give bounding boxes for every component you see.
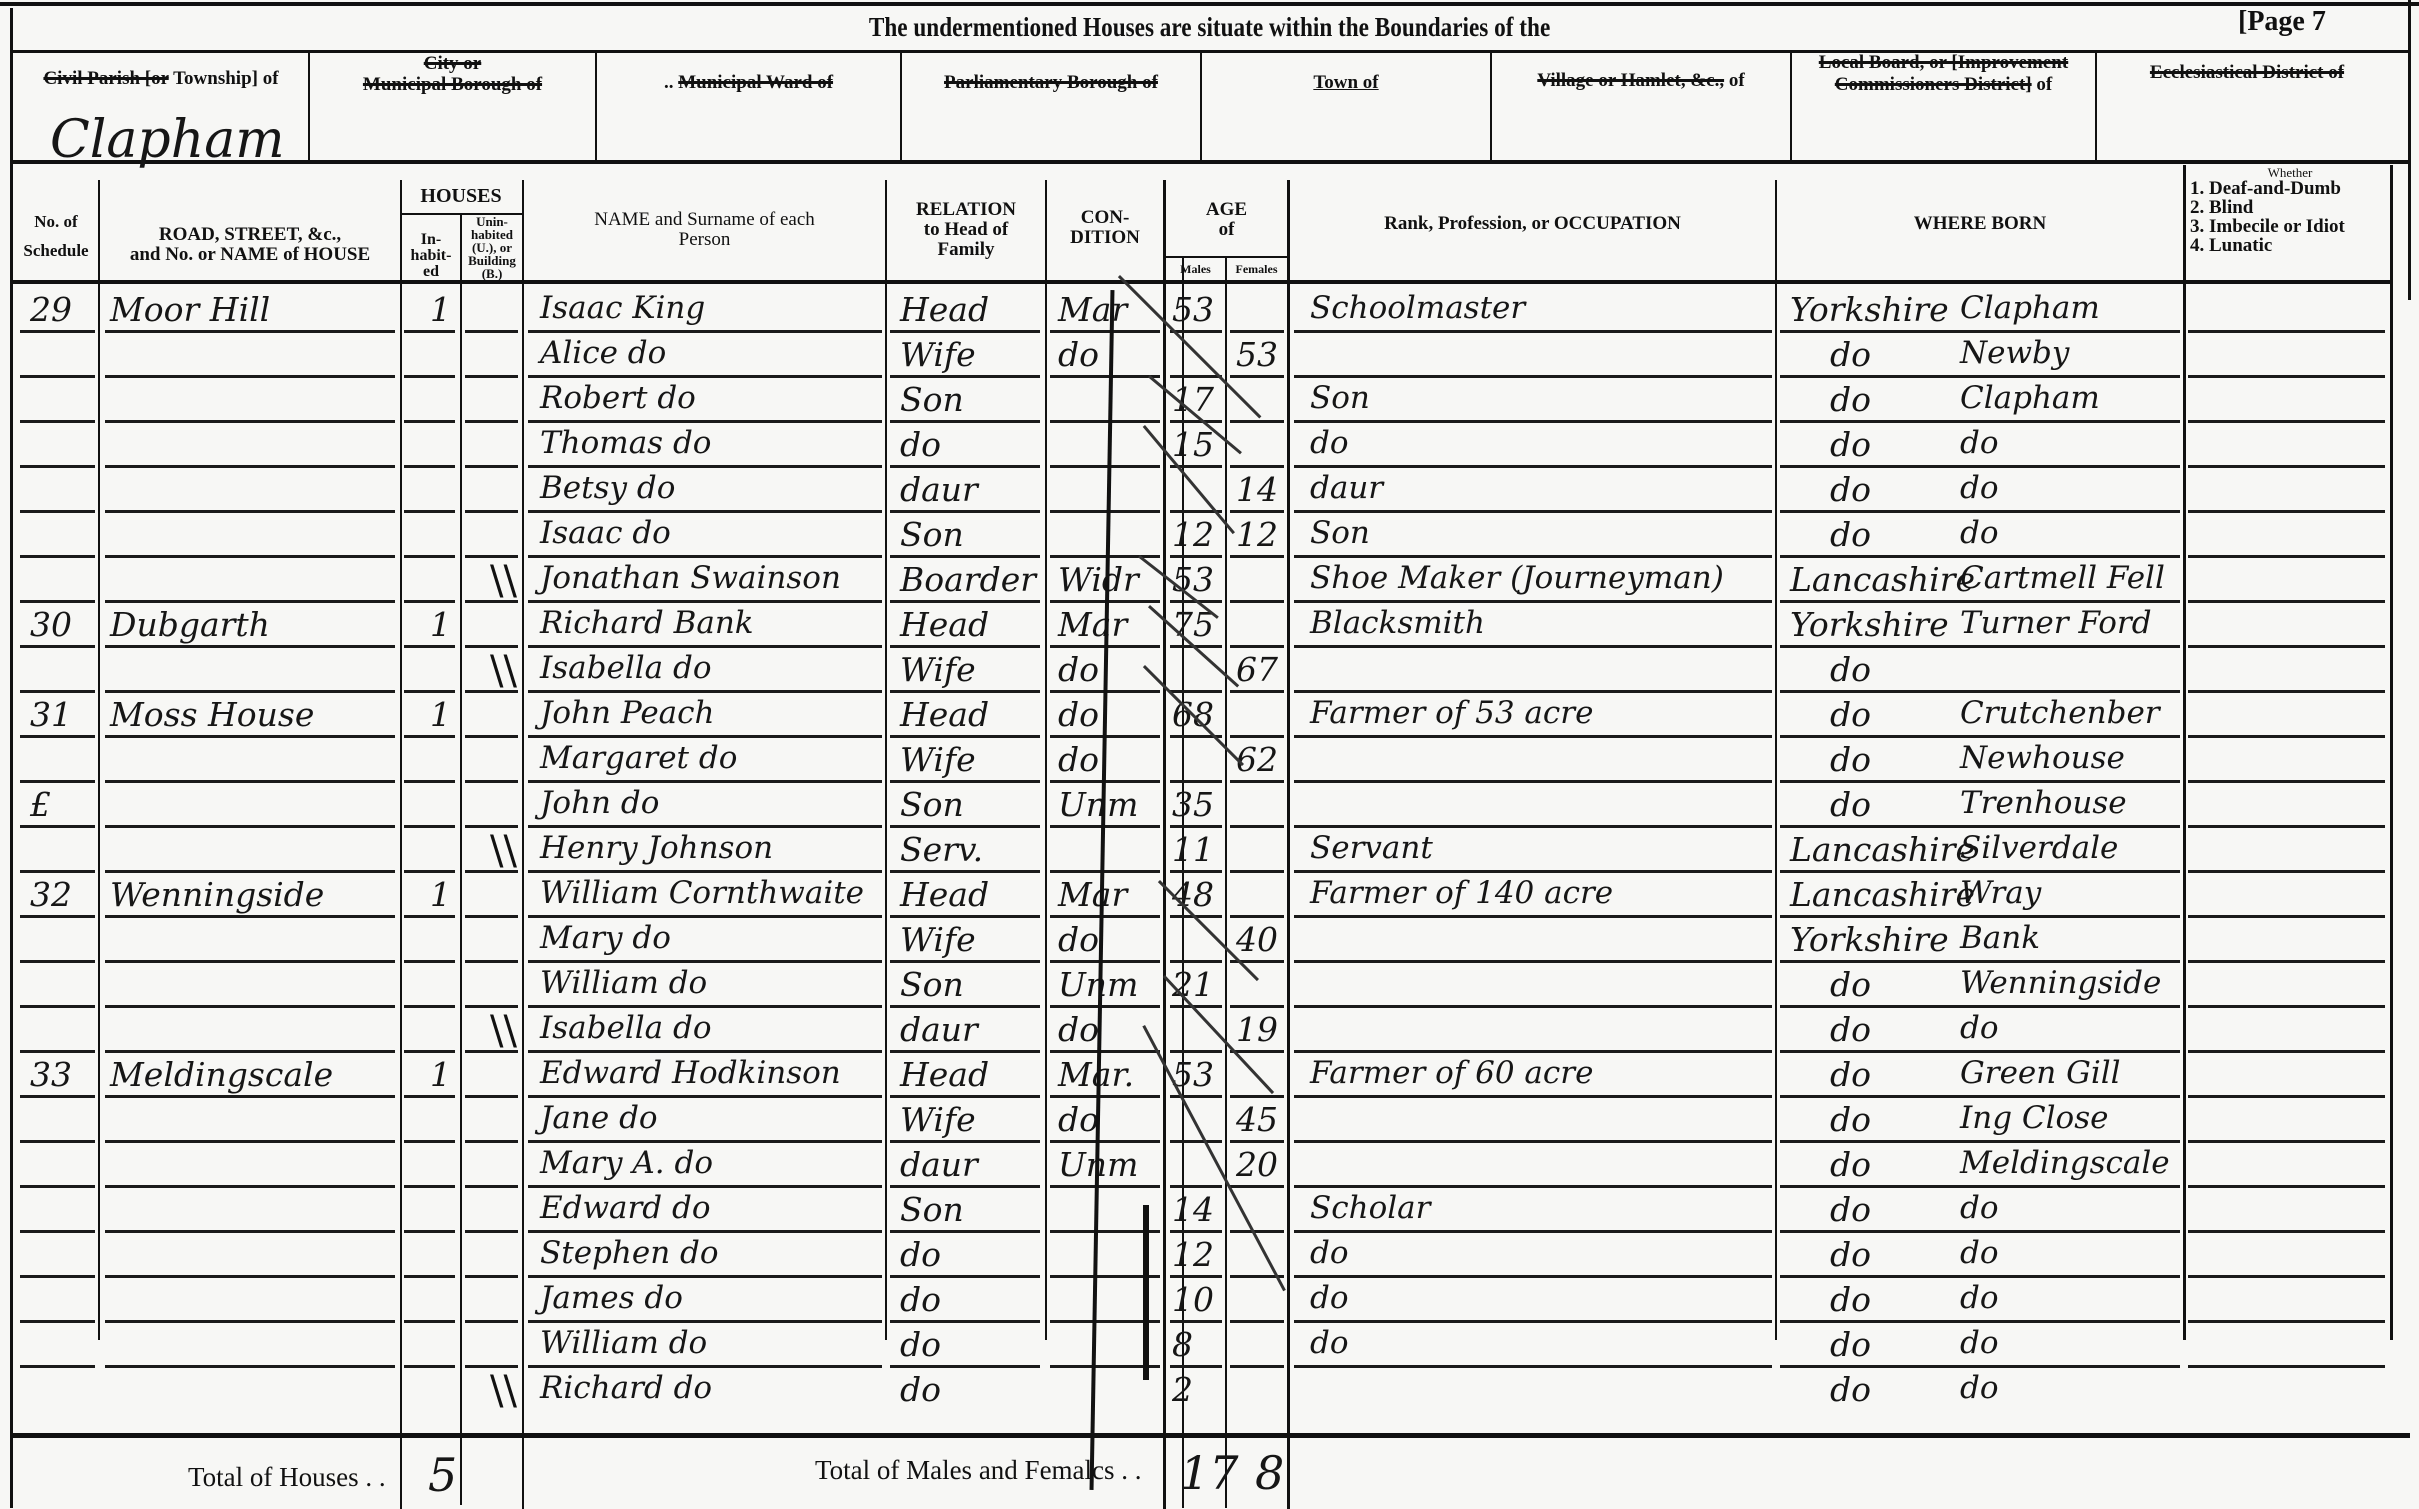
condition: Mar bbox=[1058, 875, 1127, 914]
page-headline: The undermentioned Houses are situate wi… bbox=[169, 12, 2249, 43]
boundary-local-board: Local Board, or [Improvement Commissione… bbox=[1792, 52, 2095, 80]
born-county: do bbox=[1830, 1235, 1871, 1274]
relation: Head bbox=[900, 875, 989, 914]
boundary-municipal-ward: .. Municipal Ward of bbox=[597, 72, 900, 100]
born-place: do bbox=[1960, 425, 1999, 461]
household-separator-mark: \\ bbox=[490, 1008, 517, 1054]
struck-label: Ecclesiastical District of bbox=[2150, 62, 2344, 83]
road-name: Moss House bbox=[110, 695, 314, 734]
relation: Son bbox=[900, 515, 964, 554]
male-age: 15 bbox=[1172, 425, 1214, 464]
table-row: Isabella doWifedo67do\\ bbox=[0, 648, 2419, 692]
header-text: Person bbox=[524, 230, 885, 250]
person-name: Alice do bbox=[540, 335, 666, 371]
person-name: John Peach bbox=[540, 695, 715, 731]
label: Township] of bbox=[173, 68, 278, 89]
header-schedule: No. of Schedule bbox=[14, 208, 98, 266]
person-name: William do bbox=[540, 1325, 707, 1361]
divider bbox=[10, 160, 2410, 164]
born-place: Turner Ford bbox=[1960, 605, 2152, 641]
table-row: 33Meldingscale1Edward HodkinsonHeadMar.5… bbox=[0, 1053, 2419, 1097]
occupation: do bbox=[1310, 1235, 1349, 1271]
road-name: Wenningside bbox=[110, 875, 324, 914]
occupation: Son bbox=[1310, 515, 1370, 551]
parish-value: Clapham bbox=[50, 110, 285, 170]
female-age: 20 bbox=[1236, 1145, 1278, 1184]
born-place: Crutchenber bbox=[1960, 695, 2160, 731]
condition: Widr bbox=[1058, 560, 1139, 599]
female-age: 19 bbox=[1236, 1010, 1278, 1049]
header-houses: HOUSES bbox=[400, 186, 522, 207]
label: Town of bbox=[1313, 72, 1378, 93]
household-separator-mark: \\ bbox=[490, 558, 517, 604]
table-row: William dodo8dododo bbox=[0, 1323, 2419, 1367]
relation: Wife bbox=[900, 650, 976, 689]
inhabited-count: 1 bbox=[430, 605, 451, 644]
person-name: Isaac King bbox=[540, 290, 705, 326]
table-row: £John doSonUnm35doTrenhouse bbox=[0, 783, 2419, 827]
born-county: do bbox=[1830, 740, 1871, 779]
inhabited-count: 1 bbox=[430, 290, 451, 329]
schedule-number: 30 bbox=[30, 605, 72, 644]
boundary-town: Town of bbox=[1202, 72, 1490, 100]
schedule-number: 33 bbox=[30, 1055, 72, 1094]
relation: Head bbox=[900, 695, 989, 734]
born-place: Meldingscale bbox=[1960, 1145, 2170, 1181]
born-place: Wenningside bbox=[1960, 965, 2161, 1001]
table-row: 29Moor Hill1Isaac KingHeadMar53Schoolmas… bbox=[0, 288, 2419, 332]
relation: daur bbox=[900, 1145, 978, 1184]
occupation: do bbox=[1310, 1325, 1349, 1361]
condition: Unm bbox=[1058, 785, 1138, 824]
household-separator-mark: \\ bbox=[490, 828, 517, 874]
inhabited-count: 1 bbox=[430, 875, 451, 914]
divider bbox=[595, 52, 597, 162]
born-county: Yorkshire bbox=[1790, 290, 1949, 329]
header-condition: CON- DITION bbox=[1047, 208, 1163, 248]
label: of bbox=[1729, 70, 1745, 91]
label: of bbox=[2036, 74, 2052, 95]
table-row: Margaret doWifedo62doNewhouse bbox=[0, 738, 2419, 782]
condition: do bbox=[1058, 1010, 1099, 1049]
female-age: 45 bbox=[1236, 1100, 1278, 1139]
tally-line bbox=[1143, 1205, 1149, 1380]
relation: do bbox=[900, 1325, 941, 1364]
relation: Son bbox=[900, 380, 964, 419]
table-row: Edward doSon14Scholardodo bbox=[0, 1188, 2419, 1232]
born-county: do bbox=[1830, 1325, 1871, 1364]
born-place: Clapham bbox=[1960, 290, 2100, 326]
relation: daur bbox=[900, 470, 978, 509]
condition: do bbox=[1058, 335, 1099, 374]
born-place: do bbox=[1960, 470, 1999, 506]
male-age: 12 bbox=[1172, 515, 1214, 554]
header-name: NAME and Surname of each Person bbox=[524, 210, 885, 250]
table-row: Jane doWifedo45doIng Close bbox=[0, 1098, 2419, 1142]
person-name: Jonathan Swainson bbox=[540, 560, 841, 596]
born-county: Yorkshire bbox=[1790, 920, 1949, 959]
census-page: The undermentioned Houses are situate wi… bbox=[0, 0, 2419, 1509]
female-age: 12 bbox=[1236, 515, 1278, 554]
person-name: James do bbox=[540, 1280, 683, 1316]
born-county: do bbox=[1830, 1190, 1871, 1229]
boundary-municipal-borough: City or Municipal Borough of bbox=[310, 54, 595, 82]
born-place: Silverdale bbox=[1960, 830, 2118, 866]
occupation: Son bbox=[1310, 380, 1370, 416]
divider bbox=[900, 52, 902, 162]
person-name: Isabella do bbox=[540, 1010, 712, 1046]
schedule-number: 32 bbox=[30, 875, 72, 914]
person-name: Henry Johnson bbox=[540, 830, 773, 866]
header-inhabited: In- habit- ed bbox=[402, 232, 460, 280]
struck-label: Civil Parish [or bbox=[43, 68, 168, 89]
schedule-number: £ bbox=[30, 785, 51, 824]
born-place: Newhouse bbox=[1960, 740, 2125, 776]
prefix: .. bbox=[664, 72, 674, 93]
person-name: William do bbox=[540, 965, 707, 1001]
born-county: do bbox=[1830, 425, 1871, 464]
relation: do bbox=[900, 425, 941, 464]
born-place: Newby bbox=[1960, 335, 2069, 371]
struck-label: Municipal Ward of bbox=[678, 72, 833, 93]
born-county: do bbox=[1830, 965, 1871, 1004]
born-county: do bbox=[1830, 1100, 1871, 1139]
table-row: Jonathan SwainsonBoarderWidr53Shoe Maker… bbox=[0, 558, 2419, 602]
table-row: Richard dodo2dodo\\ bbox=[0, 1368, 2419, 1412]
relation: Wife bbox=[900, 335, 976, 374]
occupation: do bbox=[1310, 425, 1349, 461]
male-age: 11 bbox=[1172, 830, 1214, 869]
header-text: RELATION bbox=[887, 200, 1045, 220]
occupation: Blacksmith bbox=[1310, 605, 1485, 641]
boundary-village: Village or Hamlet, &c., of bbox=[1492, 70, 1790, 98]
person-name: Stephen do bbox=[540, 1235, 719, 1271]
top-border bbox=[0, 2, 2419, 6]
schedule-number: 29 bbox=[30, 290, 72, 329]
born-place: do bbox=[1960, 1010, 1999, 1046]
born-county: do bbox=[1830, 1010, 1871, 1049]
header-age: AGE of bbox=[1166, 200, 1287, 240]
person-name: Edward do bbox=[540, 1190, 711, 1226]
header-text: NAME and Surname of each bbox=[524, 210, 885, 230]
table-row: Alice doWifedo53doNewby bbox=[0, 333, 2419, 377]
person-name: Thomas do bbox=[540, 425, 711, 461]
person-name: Isabella do bbox=[540, 650, 712, 686]
relation: Son bbox=[900, 785, 964, 824]
table-row: William doSonUnm21doWenningside bbox=[0, 963, 2419, 1007]
male-age: 21 bbox=[1172, 965, 1214, 1004]
table-row: Mary doWifedo40YorkshireBank bbox=[0, 918, 2419, 962]
header-text: AGE bbox=[1166, 200, 1287, 220]
header-text: of bbox=[1166, 220, 1287, 240]
household-separator-mark: \\ bbox=[490, 1368, 517, 1414]
born-county: do bbox=[1830, 380, 1871, 419]
condition: do bbox=[1058, 740, 1099, 779]
born-county: Lancashire bbox=[1790, 875, 1975, 914]
person-name: Mary A. do bbox=[540, 1145, 713, 1181]
female-age: 62 bbox=[1236, 740, 1278, 779]
person-name: William Cornthwaite bbox=[540, 875, 864, 911]
header-text: CON- bbox=[1047, 208, 1163, 228]
relation: Serv. bbox=[900, 830, 983, 869]
struck-label: Municipal Borough of bbox=[310, 75, 595, 96]
born-county: do bbox=[1830, 1055, 1871, 1094]
header-text: DITION bbox=[1047, 228, 1163, 248]
boundary-civil-parish: Civil Parish [or Township] of bbox=[14, 68, 308, 96]
male-age: 53 bbox=[1172, 560, 1214, 599]
inhabited-count: 1 bbox=[430, 1055, 451, 1094]
person-name: Richard do bbox=[540, 1370, 712, 1406]
struck-label: Commissioners District] bbox=[1835, 74, 2032, 95]
header-text: 2. Blind bbox=[2190, 198, 2390, 217]
born-county: do bbox=[1830, 1280, 1871, 1319]
road-name: Dubgarth bbox=[110, 605, 270, 644]
person-name: Isaac do bbox=[540, 515, 671, 551]
relation: Head bbox=[900, 605, 989, 644]
relation: Son bbox=[900, 965, 964, 1004]
born-place: do bbox=[1960, 1325, 1999, 1361]
born-place: do bbox=[1960, 1190, 1999, 1226]
header-text: 1. Deaf-and-Dumb bbox=[2190, 179, 2390, 198]
relation: do bbox=[900, 1235, 941, 1274]
born-place: Bank bbox=[1960, 920, 2040, 956]
table-row: Henry JohnsonServ.11ServantLancashireSil… bbox=[0, 828, 2419, 872]
born-county: do bbox=[1830, 650, 1871, 689]
born-county: Yorkshire bbox=[1790, 605, 1949, 644]
male-age: 2 bbox=[1172, 1370, 1193, 1409]
header-text: (B.) bbox=[462, 267, 522, 280]
road-name: Meldingscale bbox=[110, 1055, 333, 1094]
header-text: ed bbox=[402, 264, 460, 280]
header-text: Schedule bbox=[14, 237, 98, 266]
relation: Wife bbox=[900, 920, 976, 959]
page-number: [Page 7 bbox=[2238, 6, 2326, 38]
relation: do bbox=[900, 1280, 941, 1319]
person-name: Edward Hodkinson bbox=[540, 1055, 841, 1091]
divider bbox=[10, 280, 2390, 284]
born-county: Lancashire bbox=[1790, 560, 1975, 599]
total-houses-value: 5 bbox=[428, 1448, 457, 1502]
relation: Head bbox=[900, 1055, 989, 1094]
header-uninhabited: Unin- habited (U.), or Building (B.) bbox=[462, 215, 522, 280]
condition: do bbox=[1058, 1100, 1099, 1139]
header-females: Females bbox=[1226, 263, 1287, 275]
person-name: Betsy do bbox=[540, 470, 675, 506]
male-age: 8 bbox=[1172, 1325, 1193, 1364]
male-age: 14 bbox=[1172, 1190, 1214, 1229]
header-infirmity: Whether 1. Deaf-and-Dumb 2. Blind 3. Imb… bbox=[2190, 166, 2390, 255]
header-where-born: WHERE BORN bbox=[1777, 214, 2183, 234]
occupation: do bbox=[1310, 1280, 1349, 1316]
struck-label: City or bbox=[310, 54, 595, 75]
relation: Son bbox=[900, 1190, 964, 1229]
divider bbox=[1166, 256, 1287, 258]
total-females-value: 8 bbox=[1255, 1446, 1284, 1500]
born-place: do bbox=[1960, 1370, 1999, 1406]
divider bbox=[1200, 52, 1202, 162]
born-county: do bbox=[1830, 1145, 1871, 1184]
born-county: Lancashire bbox=[1790, 830, 1975, 869]
condition: Mar bbox=[1058, 290, 1127, 329]
female-age: 40 bbox=[1236, 920, 1278, 959]
relation: Boarder bbox=[900, 560, 1036, 599]
born-place: Ing Close bbox=[1960, 1100, 2108, 1136]
female-age: 14 bbox=[1236, 470, 1278, 509]
header-text: ROAD, STREET, &c., bbox=[100, 225, 400, 245]
relation: Head bbox=[900, 290, 989, 329]
relation: Wife bbox=[900, 1100, 976, 1139]
person-name: John do bbox=[540, 785, 659, 821]
born-place: Trenhouse bbox=[1960, 785, 2127, 821]
occupation: daur bbox=[1310, 470, 1383, 506]
born-place: Green Gill bbox=[1960, 1055, 2121, 1091]
header-occupation: Rank, Profession, or OCCUPATION bbox=[1290, 214, 1775, 234]
struck-label: Parliamentary Borough of bbox=[944, 72, 1158, 93]
born-place: do bbox=[1960, 1235, 1999, 1271]
table-row: James dodo10dododo bbox=[0, 1278, 2419, 1322]
occupation: Farmer of 60 acre bbox=[1310, 1055, 1593, 1091]
divider bbox=[10, 1433, 2410, 1438]
occupation: Farmer of 53 acre bbox=[1310, 695, 1593, 731]
condition: do bbox=[1058, 650, 1099, 689]
table-row: Isaac doSon1212Sondodo bbox=[0, 513, 2419, 557]
total-houses-label: Total of Houses . . bbox=[188, 1462, 386, 1493]
occupation: Scholar bbox=[1310, 1190, 1430, 1226]
born-county: do bbox=[1830, 470, 1871, 509]
table-row: Robert doSon17SondoClapham bbox=[0, 378, 2419, 422]
household-separator-mark: \\ bbox=[490, 648, 517, 694]
condition: Mar bbox=[1058, 605, 1127, 644]
person-name: Mary do bbox=[540, 920, 671, 956]
person-name: Margaret do bbox=[540, 740, 737, 776]
occupation: Farmer of 140 acre bbox=[1310, 875, 1613, 911]
born-place: Clapham bbox=[1960, 380, 2100, 416]
divider bbox=[1490, 52, 1492, 162]
struck-label: Local Board, or [Improvement bbox=[1792, 52, 2095, 74]
header-text: habit- bbox=[402, 248, 460, 264]
condition: do bbox=[1058, 695, 1099, 734]
header-text: 4. Lunatic bbox=[2190, 236, 2390, 255]
born-county: do bbox=[1830, 1370, 1871, 1409]
schedule-number: 31 bbox=[30, 695, 72, 734]
male-age: 35 bbox=[1172, 785, 1214, 824]
header-relation: RELATION to Head of Family bbox=[887, 200, 1045, 260]
boundary-parliamentary-borough: Parliamentary Borough of bbox=[902, 72, 1200, 100]
header-text: and No. or NAME of HOUSE bbox=[100, 245, 400, 265]
person-name: Robert do bbox=[540, 380, 696, 416]
table-row: 32Wenningside1William CornthwaiteHeadMar… bbox=[0, 873, 2419, 917]
struck-label: Village or Hamlet, &c., bbox=[1537, 70, 1724, 91]
born-place: Cartmell Fell bbox=[1960, 560, 2165, 596]
born-county: do bbox=[1830, 785, 1871, 824]
male-age: 53 bbox=[1172, 290, 1214, 329]
condition: do bbox=[1058, 920, 1099, 959]
born-county: do bbox=[1830, 515, 1871, 554]
table-row: Isabella dodaurdo19dodo\\ bbox=[0, 1008, 2419, 1052]
right-border bbox=[2408, 0, 2411, 300]
boundary-ecclesiastical: Ecclesiastical District of bbox=[2097, 62, 2397, 90]
person-name: Jane do bbox=[540, 1100, 658, 1136]
occupation: Shoe Maker (Journeyman) bbox=[1310, 560, 1724, 596]
born-county: do bbox=[1830, 335, 1871, 374]
born-place: do bbox=[1960, 515, 1999, 551]
male-age: 12 bbox=[1172, 1235, 1214, 1274]
total-males-value: 17 bbox=[1180, 1446, 1239, 1500]
header-text: 3. Imbecile or Idiot bbox=[2190, 217, 2390, 236]
male-age: 10 bbox=[1172, 1280, 1214, 1319]
road-name: Moor Hill bbox=[110, 290, 270, 329]
male-age: 48 bbox=[1172, 875, 1214, 914]
header-road: ROAD, STREET, &c., and No. or NAME of HO… bbox=[100, 225, 400, 265]
born-place: Wray bbox=[1960, 875, 2041, 911]
inhabited-count: 1 bbox=[430, 695, 451, 734]
relation: daur bbox=[900, 1010, 978, 1049]
female-age: 53 bbox=[1236, 335, 1278, 374]
table-row: Stephen dodo12dododo bbox=[0, 1233, 2419, 1277]
born-county: do bbox=[1830, 695, 1871, 734]
relation: do bbox=[900, 1370, 941, 1409]
occupation: Servant bbox=[1310, 830, 1433, 866]
header-males: Males bbox=[1166, 263, 1225, 275]
header-text: No. of bbox=[14, 208, 98, 237]
relation: Wife bbox=[900, 740, 976, 779]
header-text: to Head of bbox=[887, 220, 1045, 240]
born-place: do bbox=[1960, 1280, 1999, 1316]
occupation: Schoolmaster bbox=[1310, 290, 1525, 326]
header-text: In- bbox=[402, 232, 460, 248]
header-text: Family bbox=[887, 240, 1045, 260]
person-name: Richard Bank bbox=[540, 605, 754, 641]
female-age: 67 bbox=[1236, 650, 1278, 689]
